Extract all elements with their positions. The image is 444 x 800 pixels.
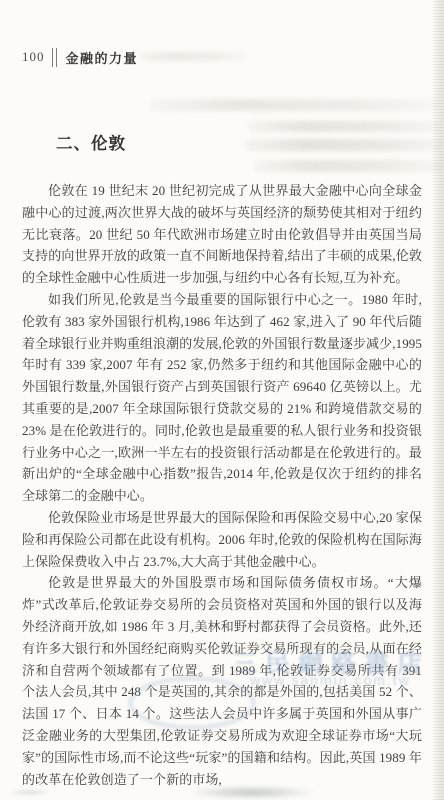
scan-shadow-bottom-left xyxy=(8,790,52,795)
bleedthrough-smudge xyxy=(140,52,245,61)
header-divider xyxy=(52,48,57,67)
paragraph-2: 如我们所见,伦敦是当今最重要的国际银行中心之一。1980 年时,伦敦有 383 … xyxy=(22,289,422,507)
paragraph-4: 伦敦是世界最大的外国股票市场和国际债务债权市场。“大爆炸”式改革后,伦敦证券交易… xyxy=(22,572,422,790)
paragraph-3: 伦敦保险业市场是世界最大的国际保险和再保险交易中心,20 家保险和再保险公司都在… xyxy=(22,507,422,572)
bleedthrough-smudge xyxy=(150,99,438,111)
section-title: 二、伦敦 xyxy=(56,134,422,154)
paragraph-1: 伦敦在 19 世纪末 20 世纪初完成了从世界最大金融中心向全球金融中心的过渡,… xyxy=(22,180,422,289)
page-number: 100 xyxy=(22,49,45,65)
page-content: 二、伦敦 伦敦在 19 世纪末 20 世纪初完成了从世界最大金融中心向全球金融中… xyxy=(22,134,422,790)
book-title: 金融的力量 xyxy=(66,48,139,67)
bleedthrough-smudge xyxy=(248,121,440,132)
page-edge-texture xyxy=(433,0,444,800)
scanned-book-page: 100 金融的力量 二、伦敦 伦敦在 19 世纪末 20 世纪初完成了从世界最大… xyxy=(0,0,444,800)
body-text: 伦敦在 19 世纪末 20 世纪初完成了从世界最大金融中心向全球金融中心的过渡,… xyxy=(22,180,422,790)
page-header: 100 金融的力量 xyxy=(22,46,138,68)
scan-shadow-bottom xyxy=(185,786,317,799)
